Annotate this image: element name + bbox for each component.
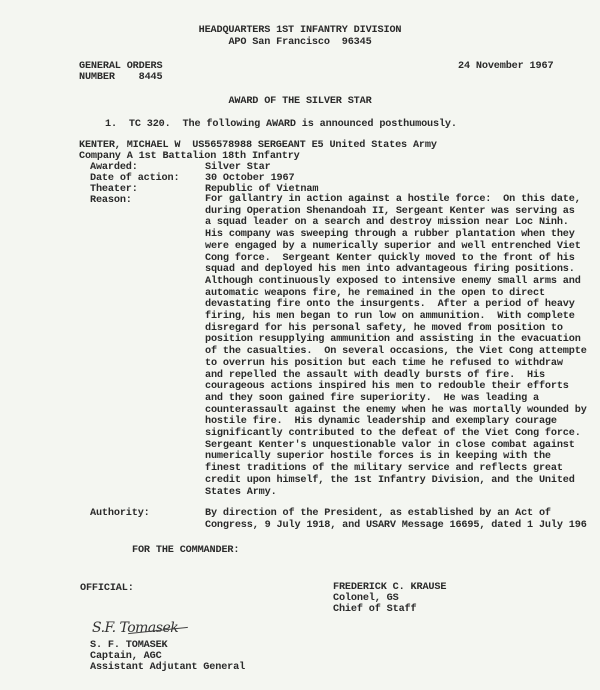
reason-line: and repelled the assault with deadly bur… bbox=[205, 370, 600, 382]
reason-line: firing, his men began to run low on ammu… bbox=[205, 311, 600, 323]
reason-paragraph: For gallantry in action against a hostil… bbox=[205, 194, 600, 498]
document-title: AWARD OF THE SILVER STAR bbox=[0, 96, 600, 107]
recipient-line-2: Company A 1st Battalion 18th Infantry bbox=[79, 151, 300, 162]
reason-line: position resupplying ammunition and assi… bbox=[205, 334, 600, 346]
reason-line: significantly contributed to the defeat … bbox=[205, 428, 600, 440]
reason-line: automatic weapons fire, he remained in t… bbox=[205, 288, 600, 300]
authority-line-2: Congress, 9 July 1918, and USARV Message… bbox=[205, 520, 587, 531]
reason-line: credit upon himself, the 1st Infantry Di… bbox=[205, 475, 600, 487]
for-the-commander: FOR THE COMMANDER: bbox=[132, 545, 239, 556]
reason-line: His company was sweeping through a rubbe… bbox=[205, 229, 600, 241]
reason-line: squad and deployed his men into advantag… bbox=[205, 264, 600, 276]
general-orders-label: GENERAL ORDERS bbox=[79, 61, 163, 72]
field-label-awarded: Awarded: bbox=[90, 162, 138, 173]
reason-line: of the casualties. On several occasions,… bbox=[205, 346, 600, 358]
reason-line: during Operation Shenandoah II, Sergeant… bbox=[205, 206, 600, 218]
reason-line: finest traditions of the military servic… bbox=[205, 463, 600, 475]
reason-line: Sergeant Kenter's unquestionable valor i… bbox=[205, 440, 600, 452]
intro-paragraph: 1. TC 320. The following AWARD is announ… bbox=[105, 119, 457, 130]
reason-line: Although continuously exposed to intensi… bbox=[205, 276, 600, 288]
reason-line: disregard for his personal safety, he mo… bbox=[205, 323, 600, 335]
reason-line: counterassault against the enemy when he… bbox=[205, 405, 600, 417]
field-value-awarded: Silver Star bbox=[205, 162, 271, 173]
order-number: NUMBER 8445 bbox=[79, 72, 163, 83]
reason-line: For gallantry in action against a hostil… bbox=[205, 194, 600, 206]
reason-line: States Army. bbox=[205, 487, 600, 499]
handwritten-signature: S.F. Tomasek bbox=[92, 620, 178, 636]
reason-line: and they soon gained fire superiority. H… bbox=[205, 393, 600, 405]
recipient-line-1: KENTER, MICHAEL W US56578988 SERGEANT E5… bbox=[79, 140, 437, 151]
document-page: HEADQUARTERS 1ST INFANTRY DIVISION APO S… bbox=[0, 0, 600, 690]
official-label: OFFICIAL: bbox=[80, 583, 134, 594]
header-line-1: HEADQUARTERS 1ST INFANTRY DIVISION bbox=[0, 25, 600, 36]
reason-line: numerically superior hostile forces is i… bbox=[205, 451, 600, 463]
reason-line: courageous actions inspired his men to r… bbox=[205, 381, 600, 393]
field-label-reason: Reason: bbox=[90, 195, 132, 206]
official-title: Assistant Adjutant General bbox=[90, 662, 245, 673]
reason-line: Cong force. Sergeant Kenter quickly move… bbox=[205, 253, 600, 265]
commander-name: FREDERICK C. KRAUSE bbox=[333, 582, 446, 593]
field-label-theater: Theater: bbox=[90, 184, 138, 195]
reason-line: to overrun his position but each time he… bbox=[205, 358, 600, 370]
field-value-date-of-action: 30 October 1967 bbox=[205, 173, 294, 184]
commander-title: Chief of Staff bbox=[333, 604, 417, 615]
reason-line: devastating fire onto the insurgents. Af… bbox=[205, 299, 600, 311]
order-date: 24 November 1967 bbox=[458, 61, 553, 72]
commander-rank: Colonel, GS bbox=[333, 593, 399, 604]
official-rank: Captain, AGC bbox=[90, 651, 162, 662]
reason-line: hostile fire. His dynamic leadership and… bbox=[205, 416, 600, 428]
authority-line-1: By direction of the President, as establ… bbox=[205, 508, 551, 519]
header-line-2: APO San Francisco 96345 bbox=[0, 37, 600, 48]
official-name: S. F. TOMASEK bbox=[90, 640, 168, 651]
field-label-date-of-action: Date of action: bbox=[90, 173, 179, 184]
authority-label: Authority: bbox=[90, 508, 150, 519]
reason-line: were engaged by a numerically superior a… bbox=[205, 241, 600, 253]
reason-line: a squad leader on a search and destroy m… bbox=[205, 217, 600, 229]
